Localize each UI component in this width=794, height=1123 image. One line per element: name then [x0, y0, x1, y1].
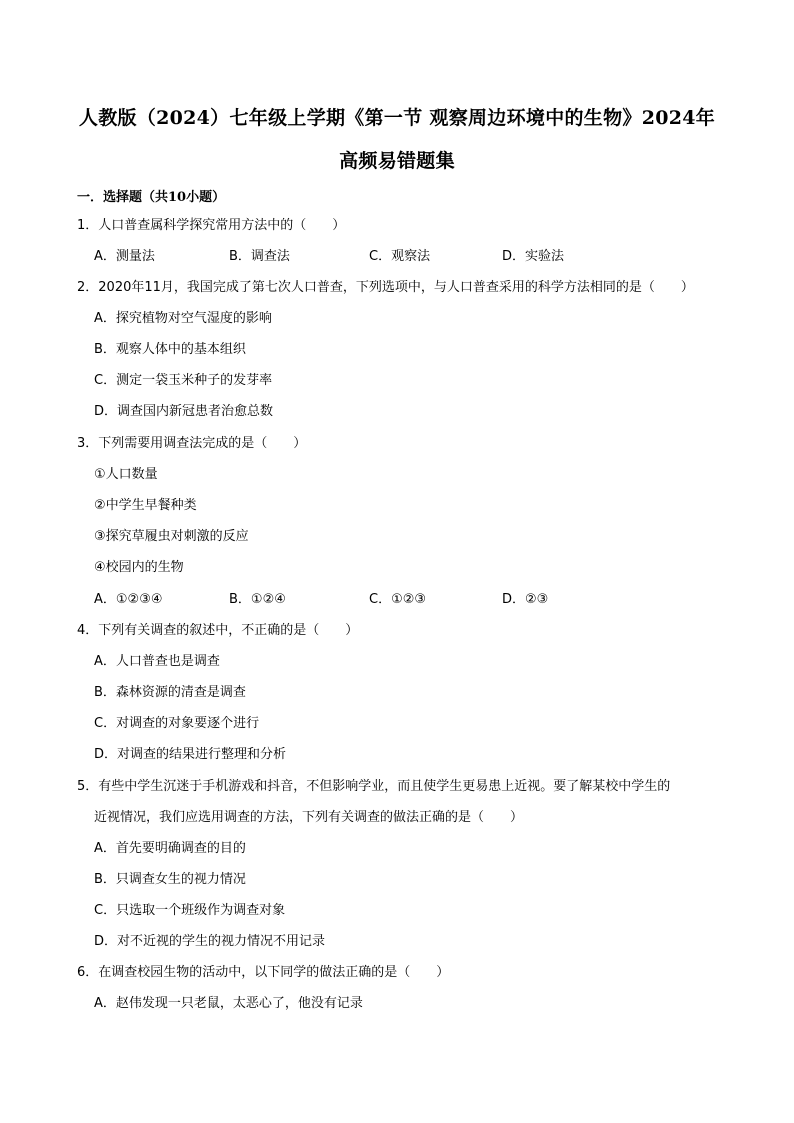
question-5-option-a: A．首先要明确调查的目的 [94, 840, 246, 858]
question-3-option-d: D．②③ [502, 591, 548, 609]
question-3-options: A．①②③④ B．①②④ C．①②③ D．②③ [0, 591, 794, 609]
question-1-options: A．测量法 B．调查法 C．观察法 D．实验法 [0, 248, 794, 266]
question-3-option-c: C．①②③ [369, 591, 426, 609]
question-1-option-a: A．测量法 [94, 248, 155, 266]
question-4-option-c: C．对调查的对象要逐个进行 [94, 715, 259, 733]
question-5-option-c: C．只选取一个班级作为调查对象 [94, 902, 285, 920]
question-3-option-b: B．①②④ [229, 591, 286, 609]
question-2-option-d: D．调查国内新冠患者治愈总数 [94, 403, 273, 421]
question-3-stem: 3．下列需要用调查法完成的是（ ） [77, 435, 306, 453]
question-4-option-a: A．人口普查也是调查 [94, 653, 220, 671]
question-5-stem-continued: 近视情况，我们应选用调查的方法，下列有关调查的做法正确的是（ ） [94, 809, 523, 827]
question-4-option-b: B．森林资源的清查是调查 [94, 684, 246, 702]
question-4-stem: 4．下列有关调查的叙述中，不正确的是（ ） [77, 622, 358, 640]
document-title-line2: 高频易错题集 [0, 146, 794, 173]
question-3-item-1: ①人口数量 [94, 466, 158, 484]
question-1-stem: 1．人口普查属科学探究常用方法中的（ ） [77, 217, 345, 235]
question-6-stem: 6．在调查校园生物的活动中，以下同学的做法正确的是（ ） [77, 964, 449, 982]
question-4-option-d: D．对调查的结果进行整理和分析 [94, 746, 286, 764]
question-5-option-d: D．对不近视的学生的视力情况不用记录 [94, 933, 325, 951]
question-5-option-b: B．只调查女生的视力情况 [94, 871, 246, 889]
question-6-option-a: A．赵伟发现一只老鼠，太恶心了，他没有记录 [94, 995, 363, 1013]
question-5-stem: 5．有些中学生沉迷于手机游戏和抖音，不但影响学业，而且使学生更易患上近视。要了解… [77, 778, 670, 796]
question-2-stem: 2．2020年11月，我国完成了第七次人口普查，下列选项中，与人口普查采用的科学… [77, 279, 694, 297]
question-1-option-c: C．观察法 [369, 248, 430, 266]
question-3-option-a: A．①②③④ [94, 591, 163, 609]
question-2-option-c: C．测定一袋玉米种子的发芽率 [94, 372, 272, 390]
question-1-option-b: B．调查法 [229, 248, 290, 266]
document-title-line1: 人教版（2024）七年级上学期《第一节 观察周边环境中的生物》2024年 [0, 103, 794, 130]
document-page: 人教版（2024）七年级上学期《第一节 观察周边环境中的生物》2024年 高频易… [0, 0, 794, 1123]
question-3-item-4: ④校园内的生物 [94, 559, 184, 577]
question-3-item-2: ②中学生早餐种类 [94, 497, 197, 515]
question-3-item-3: ③探究草履虫对刺激的反应 [94, 528, 249, 546]
question-2-option-b: B．观察人体中的基本组织 [94, 341, 246, 359]
section-heading: 一．选择题（共10小题） [77, 186, 225, 205]
question-1-option-d: D．实验法 [502, 248, 564, 266]
question-2-option-a: A．探究植物对空气湿度的影响 [94, 310, 272, 328]
